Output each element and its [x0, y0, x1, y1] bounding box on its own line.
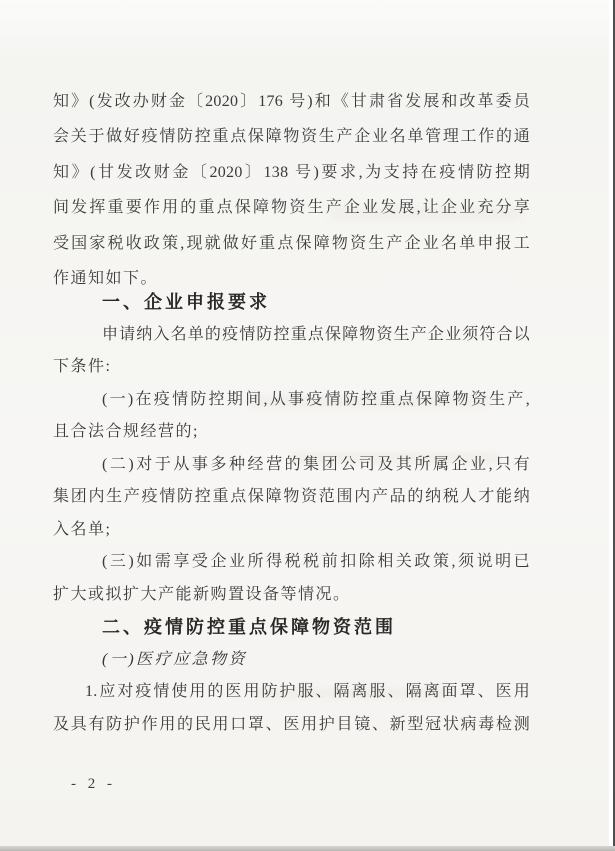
body-text-line: 下条件: [53, 351, 530, 384]
body-text-line: 扩大或拟扩大产能新购置设备等情况。 [53, 579, 530, 612]
body-text-line: 及具有防护作用的民用口罩、医用护目镜、新型冠状病毒检测 [53, 709, 530, 742]
body-text-line: 知》(甘发改财金〔2020〕138 号)要求,为支持在疫情防控期 [53, 155, 530, 190]
opening-paragraph: 知》(发改办财金〔2020〕176 号)和《甘肃省发展和改革委员 会关于做好疫情… [53, 84, 530, 296]
scanned-document-page: 知》(发改办财金〔2020〕176 号)和《甘肃省发展和改革委员 会关于做好疫情… [0, 0, 615, 851]
page-number: - 2 - [71, 776, 116, 793]
body-text-line: 申请纳入名单的疫情防控重点保障物资生产企业须符合以 [53, 319, 530, 352]
subsection-heading: (一)医疗应急物资 [53, 644, 530, 677]
body-text-line: (一)在疫情防控期间,从事疫情防控重点保障物资生产, [53, 384, 530, 417]
body-text-line: (三)如需享受企业所得税税前扣除相关政策,须说明已 [53, 546, 530, 579]
body-text-line: 集团内生产疫情防控重点保障物资范围内产品的纳税人才能纳 [53, 481, 530, 514]
body-text-line: 1.应对疫情使用的医用防护服、隔离服、隔离面罩、医用 [53, 676, 530, 709]
document-body: 一、企业申报要求 申请纳入名单的疫情防控重点保障物资生产企业须符合以 下条件: … [53, 286, 530, 741]
section-1-heading: 一、企业申报要求 [53, 286, 530, 319]
body-text-line: 入名单; [53, 514, 530, 547]
body-text-line: 间发挥重要作用的重点保障物资生产企业发展,让企业充分享 [53, 190, 530, 225]
body-text-line: 会关于做好疫情防控重点保障物资生产企业名单管理工作的通 [53, 119, 530, 154]
body-text-line: 且合法合规经营的; [53, 416, 530, 449]
body-text-line: 知》(发改办财金〔2020〕176 号)和《甘肃省发展和改革委员 [53, 84, 530, 119]
body-text-line: 受国家税收政策,现就做好重点保障物资生产企业名单申报工 [53, 226, 530, 261]
body-text-line: (二)对于从事多种经营的集团公司及其所属企业,只有 [53, 449, 530, 482]
scan-bottom-edge-band [0, 846, 615, 851]
section-2-heading: 二、疫情防控重点保障物资范围 [53, 611, 530, 644]
